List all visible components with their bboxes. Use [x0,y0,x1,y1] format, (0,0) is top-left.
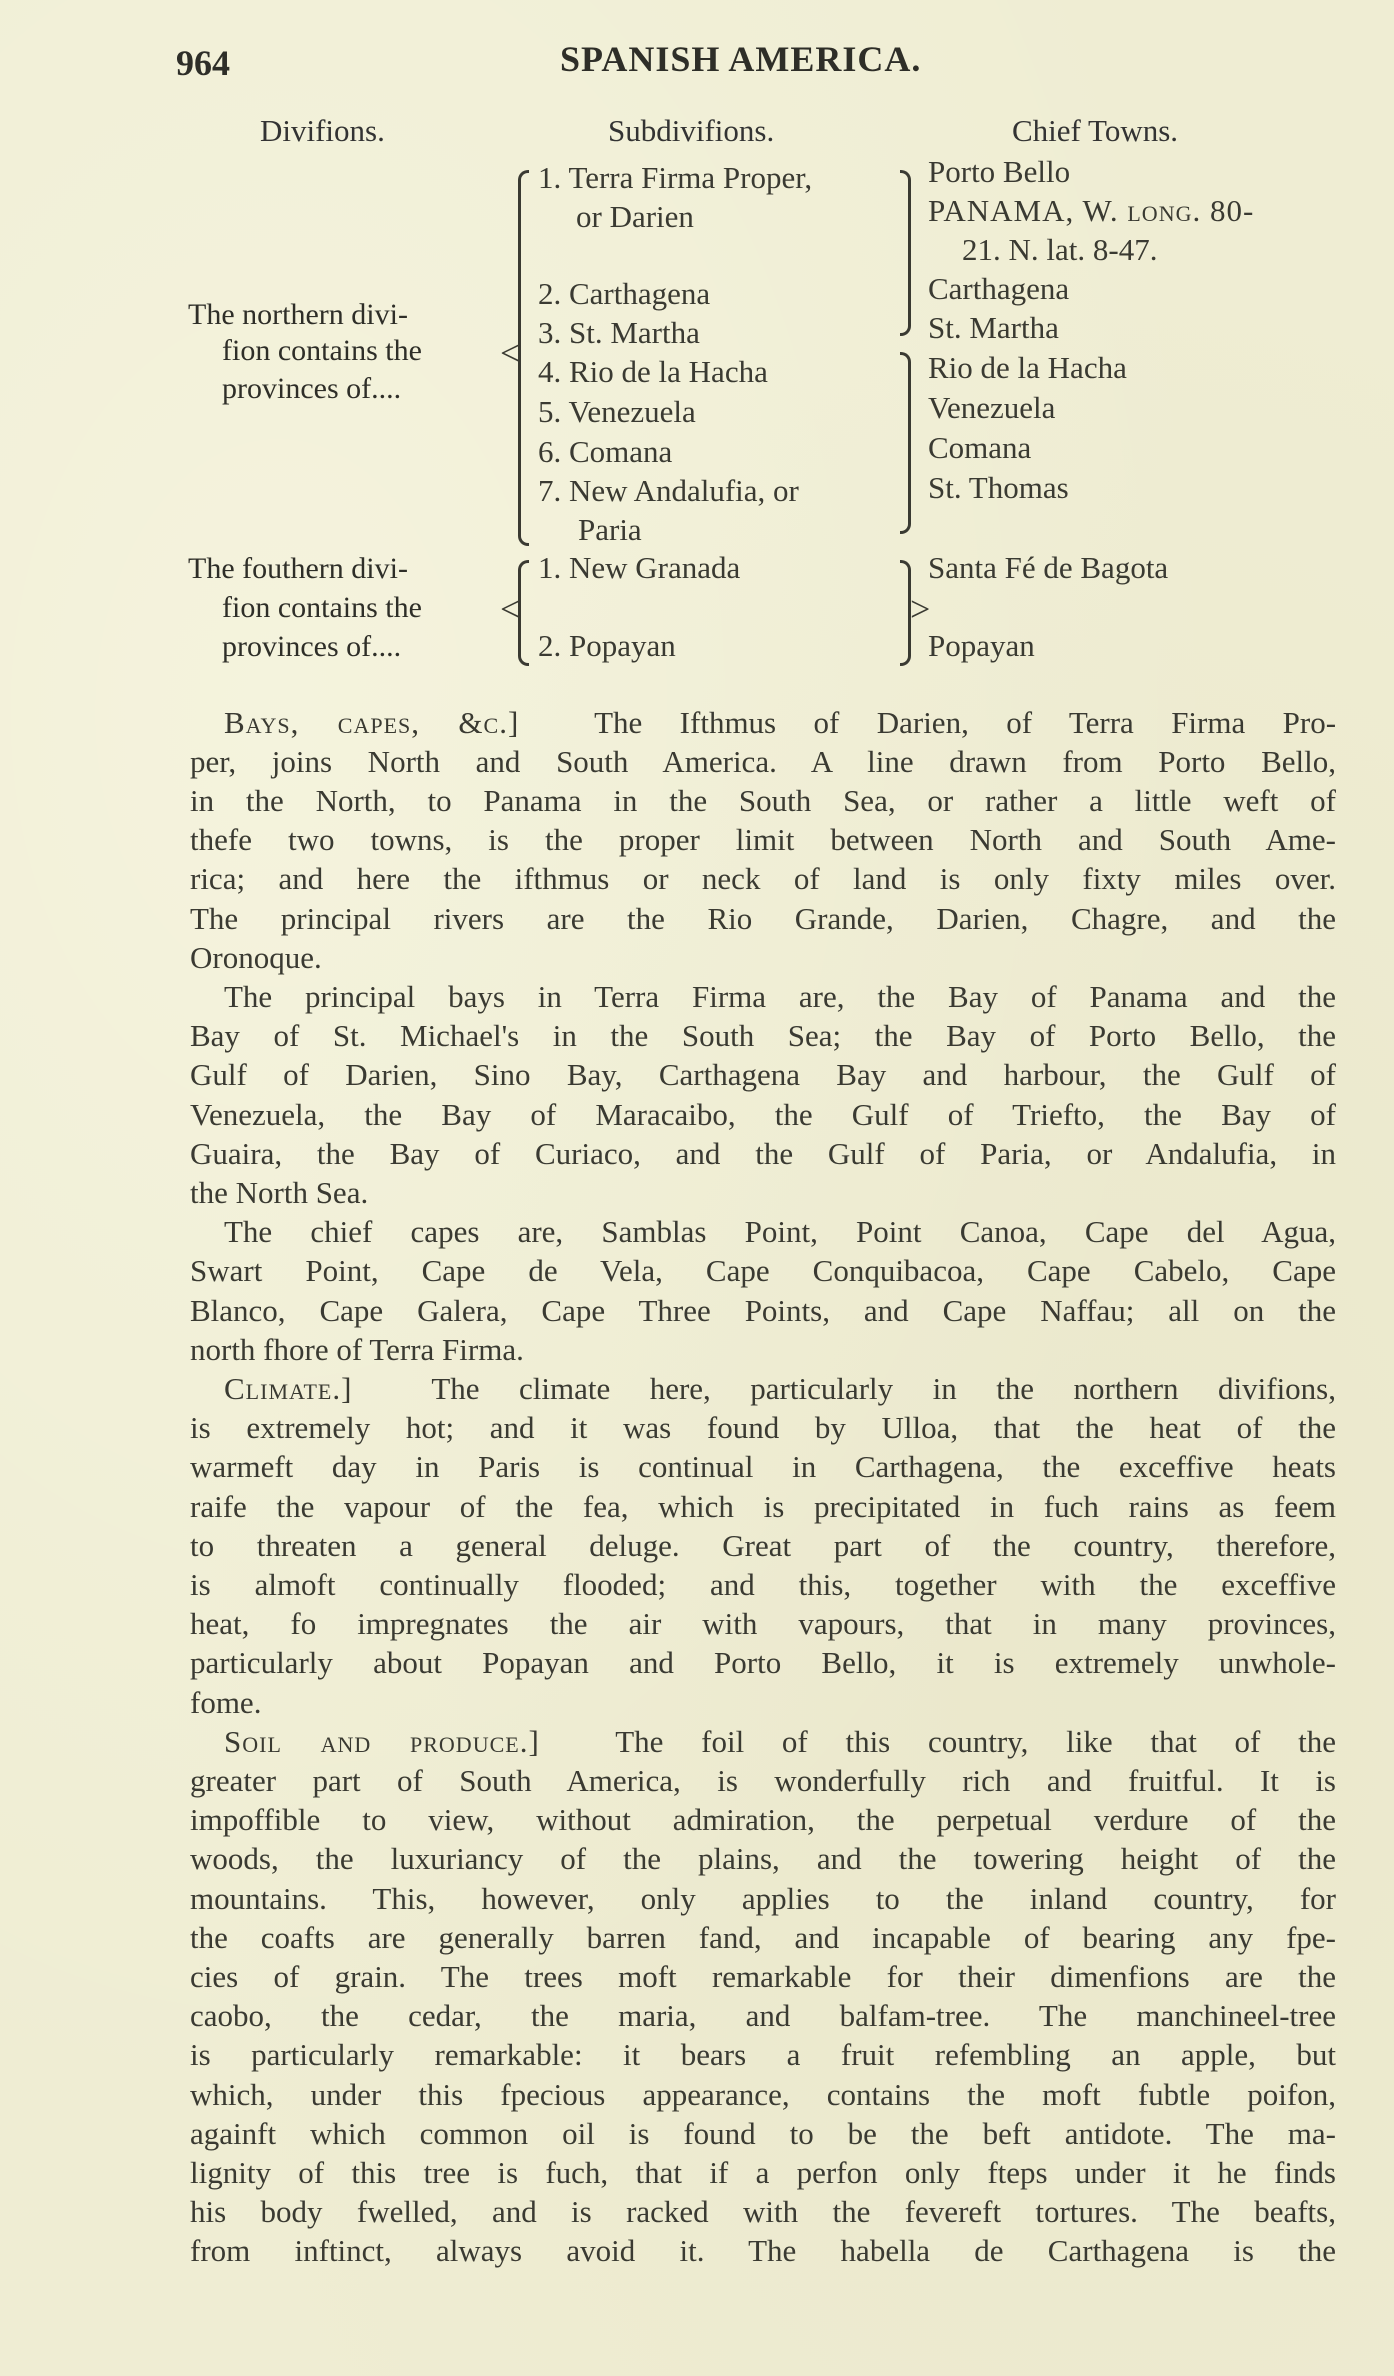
paragraph-line: The chief capes are, Samblas Point, Poin… [224,1212,1336,1251]
paragraph-line: warmeft day in Paris is continual in Car… [190,1447,1336,1486]
section-heading-soil: Soil and produce.] [224,1724,540,1759]
northern-division-label-line: fion contains the [222,334,422,368]
section-heading-climate: Climate.] [224,1371,352,1406]
paragraph-line: impoffible to view, without admiration, … [190,1800,1336,1839]
northern-division-label-line: The northern divi- [188,298,408,332]
chief-town: Comana [928,428,1031,468]
running-title: SPANISH AMERICA. [560,38,921,80]
paragraph-line: greater part of South America, is wonder… [190,1761,1336,1800]
southern-division-label-line: The fouthern divi- [188,552,408,586]
subdivision-item: 2. Popayan [538,626,676,666]
chief-town: 21. N. lat. 8-47. [962,230,1157,270]
subdivision-item: Paria [578,510,642,550]
paragraph-line: the coafts are generally barren fand, an… [190,1918,1336,1957]
paragraph-line: Venezuela, the Bay of Maracaibo, the Gul… [190,1095,1336,1134]
paragraph-line: Climate.] The climate here, particularly… [224,1369,1336,1408]
paragraph-line: mountains. This, however, only applies t… [190,1879,1336,1918]
paragraph-line: rica; and here the ifthmus or neck of la… [190,859,1336,898]
subdivision-item: 2. Carthagena [538,274,710,314]
paragraph-line: Bays, capes, &c.] The Ifthmus of Darien,… [224,703,1336,742]
paragraph-line: Bay of St. Michael's in the South Sea; t… [190,1016,1336,1055]
paragraph-line: the North Sea. [190,1173,1336,1212]
chief-town: Venezuela [928,388,1055,428]
southern-division-label-line: fion contains the [222,591,422,625]
paragraph-line: lignity of this tree is fuch, that if a … [190,2153,1336,2192]
subdivision-item: 5. Venezuela [538,392,696,432]
paragraph-line: fome. [190,1683,1336,1722]
column-header-divisions: Divifions. [260,113,385,149]
column-header-subdivisions: Subdivifions. [608,113,774,149]
paragraph-line: is particularly remarkable: it bears a f… [190,2035,1336,2074]
paragraph-line: particularly about Popayan and Porto Bel… [190,1643,1336,1682]
paragraph-line: north fhore of Terra Firma. [190,1330,1336,1369]
paragraph-line: caobo, the cedar, the maria, and balfam-… [190,1996,1336,2035]
paragraph-line: per, joins North and South America. A li… [190,742,1336,781]
northern-division-label-line: provinces of.... [222,372,401,406]
column-header-chief-towns: Chief Towns. [1012,113,1178,149]
paragraph-line: Guaira, the Bay of Curiaco, and the Gulf… [190,1134,1336,1173]
brace-point-icon: > [910,588,930,630]
paragraph-line: The principal rivers are the Rio Grande,… [190,899,1336,938]
subdivision-item: 3. St. Martha [538,313,700,353]
brace-point-icon: < [500,588,520,630]
subdivision-item: 6. Comana [538,432,672,472]
subdivision-item: 7. New Andalufia, or [538,471,799,511]
paragraph-line: Oronoque. [190,938,1336,977]
paragraph-line: The principal bays in Terra Firma are, t… [224,977,1336,1016]
chief-town: Santa Fé de Bagota [928,548,1168,588]
brace-point-icon: < [500,332,520,374]
chief-town: St. Thomas [928,468,1069,508]
top-right-brace [900,170,911,336]
paragraph-line: thefe two towns, is the proper limit bet… [190,820,1336,859]
chief-town: St. Martha [928,308,1059,348]
paragraph-line: is extremely hot; and it was found by Ul… [190,1408,1336,1447]
section-heading-bays: Bays, capes, &c.] [224,705,519,740]
paragraph-line: Gulf of Darien, Sino Bay, Carthagena Bay… [190,1055,1336,1094]
southern-division-label-line: provinces of.... [222,630,401,664]
paragraph-line: in the North, to Panama in the South Sea… [190,781,1336,820]
chief-town: Rio de la Hacha [928,348,1127,388]
paragraph-line: Soil and produce.] The foil of this coun… [224,1722,1336,1761]
paragraph-line: againft which common oil is found to be … [190,2114,1336,2153]
paragraph-line: Blanco, Cape Galera, Cape Three Points, … [190,1291,1336,1330]
book-page: 964 SPANISH AMERICA. Divifions. Subdivif… [0,0,1394,2376]
subdivision-item: 1. New Granada [538,548,740,588]
chief-town: PANAMA, W. long. 80- [928,191,1254,231]
paragraph-line: to threaten a general deluge. Great part… [190,1526,1336,1565]
chief-town: Popayan [928,626,1035,666]
chief-town: Carthagena [928,269,1069,309]
paragraph-line: his body fwelled, and is racked with the… [190,2192,1336,2231]
paragraph-line: from inftinct, always avoid it. The habe… [190,2231,1336,2270]
page-number: 964 [176,42,230,84]
paragraph-line: woods, the luxuriancy of the plains, and… [190,1839,1336,1878]
paragraph-line: heat, fo impregnates the air with vapour… [190,1604,1336,1643]
paragraph-line: cies of grain. The trees moft remarkable… [190,1957,1336,1996]
subdivision-item: 1. Terra Firma Proper, [538,158,812,198]
paragraph-line: Swart Point, Cape de Vela, Cape Conquiba… [190,1251,1336,1290]
chief-town: Porto Bello [928,152,1070,192]
subdivision-item: or Darien [576,197,694,237]
bottom-right-brace [900,352,911,534]
paragraph-line: which, under this fpecious appearance, c… [190,2075,1336,2114]
paragraph-line: raife the vapour of the fea, which is pr… [190,1487,1336,1526]
paragraph-line: is almoft continually flooded; and this,… [190,1565,1336,1604]
subdivision-item: 4. Rio de la Hacha [538,352,768,392]
